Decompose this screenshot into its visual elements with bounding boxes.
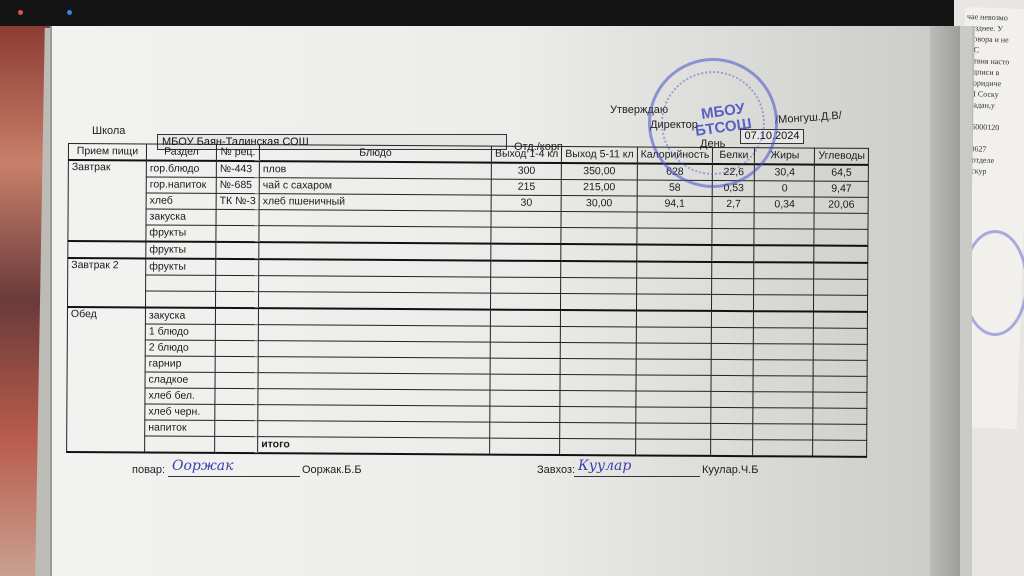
cell-yield-5-11 [561,228,636,245]
cell-yield-5-11: 30,00 [561,196,636,212]
cell-section: фрукты [146,241,216,258]
cell-yield-1-4 [490,310,560,327]
cell-recipe [216,225,259,242]
cell-yield-5-11 [561,343,636,359]
cell-fat: 0 [755,181,815,197]
cell-carbs: 9,47 [815,181,869,197]
column-header: Блюдо [259,145,491,163]
cell-fat [754,213,814,229]
column-header: Выход 5-11 кл [562,147,637,164]
cell-carbs [814,295,868,312]
cell-dish [258,389,490,406]
cell-fat [753,424,813,440]
cell-fat [754,262,814,279]
cell-yield-1-4: 30 [491,195,561,211]
cell-dish [258,308,490,326]
cell-kcal [636,343,712,359]
cell-fat [753,392,813,408]
cell-carbs: 64,5 [815,165,869,182]
cell-protein [712,278,754,294]
cell-recipe: №-443 [216,161,259,178]
blue-indicator-light [67,10,72,15]
cell-recipe: ТК №-3 [216,193,259,209]
cell-dish [259,226,491,244]
cell-recipe [216,242,259,259]
cell-yield-5-11 [561,278,636,294]
manager-signature-line [574,476,700,477]
cell-yield-5-11 [561,261,636,278]
cell-carbs [814,279,868,295]
manager-name: Куулар.Ч.Б [702,464,758,476]
cell-protein [712,343,754,359]
column-header: Углеводы [815,148,869,165]
cell-carbs [813,376,867,392]
cell-dish [258,357,490,374]
cell-kcal: 94,1 [637,196,713,212]
cell-kcal [635,407,711,423]
cell-protein [711,423,753,439]
cell-yield-1-4 [490,342,560,358]
cell-yield-5-11 [560,407,635,423]
cell-section: хлеб черн. [145,404,215,420]
cell-yield-5-11 [561,212,636,228]
cell-carbs [814,360,868,376]
school-stamp: МБОУ БТСОШ [648,58,778,188]
cell-section: 2 блюдо [145,340,215,356]
cell-dish [258,421,490,438]
cell-carbs [813,440,867,457]
cell-carbs: 20,06 [815,197,869,213]
cell-carbs [814,328,868,344]
cell-fat [753,376,813,392]
cook-label: повар: [132,464,165,476]
cell-dish [258,373,490,390]
meal-name [68,241,146,258]
cell-yield-5-11 [560,359,635,375]
red-indicator-light [18,10,23,15]
cell-section: 1 блюдо [145,324,215,340]
cell-kcal [636,391,712,407]
cell-yield-1-4: 215 [491,179,561,195]
cell-fat [753,408,813,424]
cell-dish: плов [259,161,491,179]
cell-dish: хлеб пшеничный [259,194,491,211]
cell-yield-1-4: 300 [491,163,561,180]
cell-dish: чай с сахаром [259,178,491,195]
column-header: Выход 1-4 кл [491,146,561,163]
cell-protein [711,391,753,407]
cell-recipe [216,209,259,225]
cell-dish [259,259,491,277]
cell-protein [711,375,753,391]
cell-kcal [636,327,712,343]
cell-protein [712,359,754,375]
cell-yield-1-4 [490,358,560,374]
cell-section: закуска [145,307,215,324]
cell-fat: 0,34 [755,197,815,213]
cell-dish [259,242,491,260]
cell-fat [753,440,813,457]
cell-recipe [215,291,258,308]
cell-yield-1-4 [491,211,561,227]
cell-dish [259,292,491,310]
cell-dish [258,325,490,342]
cell-yield-5-11 [560,391,635,407]
cell-section: закуска [146,209,216,225]
cell-recipe [215,308,258,325]
cell-yield-5-11: 215,00 [562,180,637,196]
cell-yield-5-11: 350,00 [562,163,637,180]
cell-protein [711,407,753,423]
cell-yield-5-11 [560,375,635,391]
cell-section: напиток [145,420,215,436]
cell-yield-1-4 [491,227,561,244]
cell-recipe [215,340,258,356]
cell-yield-5-11 [561,294,636,311]
cell-carbs [814,229,868,246]
table-row: итого [67,435,867,456]
cell-carbs [814,213,868,229]
meal-name: Завтрак [68,160,146,241]
cell-yield-1-4 [491,277,561,293]
cell-protein [712,327,754,343]
cell-yield-1-4 [490,422,560,438]
cell-fat [754,328,814,344]
cell-recipe [215,388,258,404]
cell-kcal [636,375,712,391]
cell-section: хлеб [146,193,216,209]
cell-yield-5-11 [560,439,635,456]
cell-section: гор.напиток [146,177,216,193]
paper-edge-shadow [930,26,960,576]
cell-section: хлеб бел. [145,388,215,404]
cell-yield-1-4 [490,390,560,406]
cell-kcal [637,212,713,228]
cell-protein [712,245,754,262]
cell-protein [712,212,754,228]
cell-yield-1-4 [490,406,560,422]
cell-protein: 2,7 [713,196,755,212]
cell-dish [259,210,491,227]
cell-protein [711,439,753,456]
cell-kcal [636,294,712,311]
cook-name: Ооржак.Б.Б [302,464,362,476]
cell-carbs [814,312,868,329]
cell-kcal [636,310,712,327]
column-header: Прием пищи [68,144,146,161]
cell-kcal [636,359,712,375]
cell-section [145,436,215,453]
cell-section: фрукты [146,258,216,275]
cell-recipe [215,420,258,436]
cell-dish [258,341,490,358]
cell-fat [754,360,814,376]
cell-section: гарнир [145,356,215,372]
cell-kcal [636,261,712,278]
cell-dish [258,405,490,422]
cell-fat [754,295,814,312]
cell-yield-5-11 [561,310,636,327]
cell-yield-5-11 [561,244,636,261]
cell-protein [712,228,754,245]
cell-kcal [636,278,712,294]
cell-yield-1-4 [491,244,561,261]
cell-section [145,291,215,308]
cell-recipe [216,259,259,276]
cell-yield-5-11 [560,423,635,439]
cell-kcal [637,228,713,245]
cell-yield-1-4 [490,326,560,342]
cell-fat [754,279,814,295]
meal-name: Завтрак 2 [67,258,145,307]
cell-recipe [215,324,258,340]
column-header: № рец. [216,144,259,161]
cell-yield-1-4 [491,293,561,310]
cell-kcal [635,423,711,439]
school-label: Школа [92,125,125,137]
cell-yield-1-4 [491,261,561,278]
cell-recipe [215,372,258,388]
cell-carbs [814,246,868,263]
cell-section: сладкое [145,372,215,388]
cell-yield-1-4 [490,374,560,390]
manager-signature: Куулар [578,458,631,474]
cell-protein [712,294,754,311]
meal-name: Обед [67,307,146,452]
dark-top-edge [0,0,1024,26]
cell-fat [754,245,814,262]
cell-fat [754,311,814,328]
cell-dish: итого [258,437,490,455]
cell-carbs [813,392,867,408]
column-header: Раздел [146,144,216,161]
cell-section: фрукты [146,225,216,242]
cook-signature-line [168,476,300,477]
cell-fat: 30,4 [755,164,815,181]
cell-recipe [215,356,258,372]
cell-yield-1-4 [490,438,560,455]
cell-kcal [636,244,712,261]
cell-recipe: №-685 [216,177,259,193]
cell-protein [712,311,754,328]
cell-recipe [215,436,258,453]
cell-section: гор.блюдо [146,160,216,177]
cell-yield-5-11 [561,327,636,343]
menu-table: Прием пищиРаздел№ рец.БлюдоВыход 1-4 клВ… [66,143,869,458]
manager-label: Завхоз: [537,464,575,476]
cell-carbs [813,408,867,424]
cook-signature: Ооржак [172,458,234,474]
cell-recipe [215,404,258,420]
cell-protein [712,262,754,279]
cell-fat [754,344,814,360]
cell-section [146,275,216,291]
cell-carbs [814,263,868,280]
cell-fat [754,229,814,246]
cell-carbs [814,344,868,360]
cell-kcal [635,439,711,456]
cell-carbs [813,424,867,440]
cell-recipe [216,275,259,291]
cell-dish [259,276,491,293]
